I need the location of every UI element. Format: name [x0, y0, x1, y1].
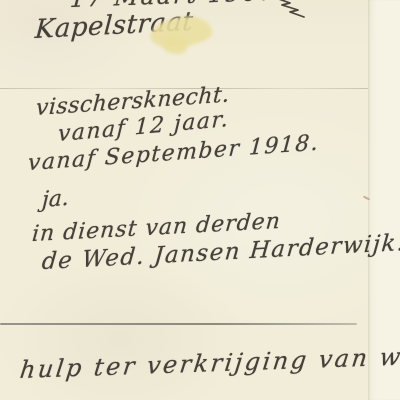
street-line: Kapelstraat	[34, 8, 194, 46]
answer-line: ja.	[41, 186, 69, 214]
ruled-fold-line	[0, 323, 357, 325]
paper-edge	[368, 0, 400, 400]
scanned-document: 17 Maart 1907. Kapelstraat visschersknec…	[0, 0, 400, 400]
pen-squiggle-mark	[274, 0, 314, 21]
footer-line: hulp ter verkrijging van werk.	[18, 342, 400, 385]
